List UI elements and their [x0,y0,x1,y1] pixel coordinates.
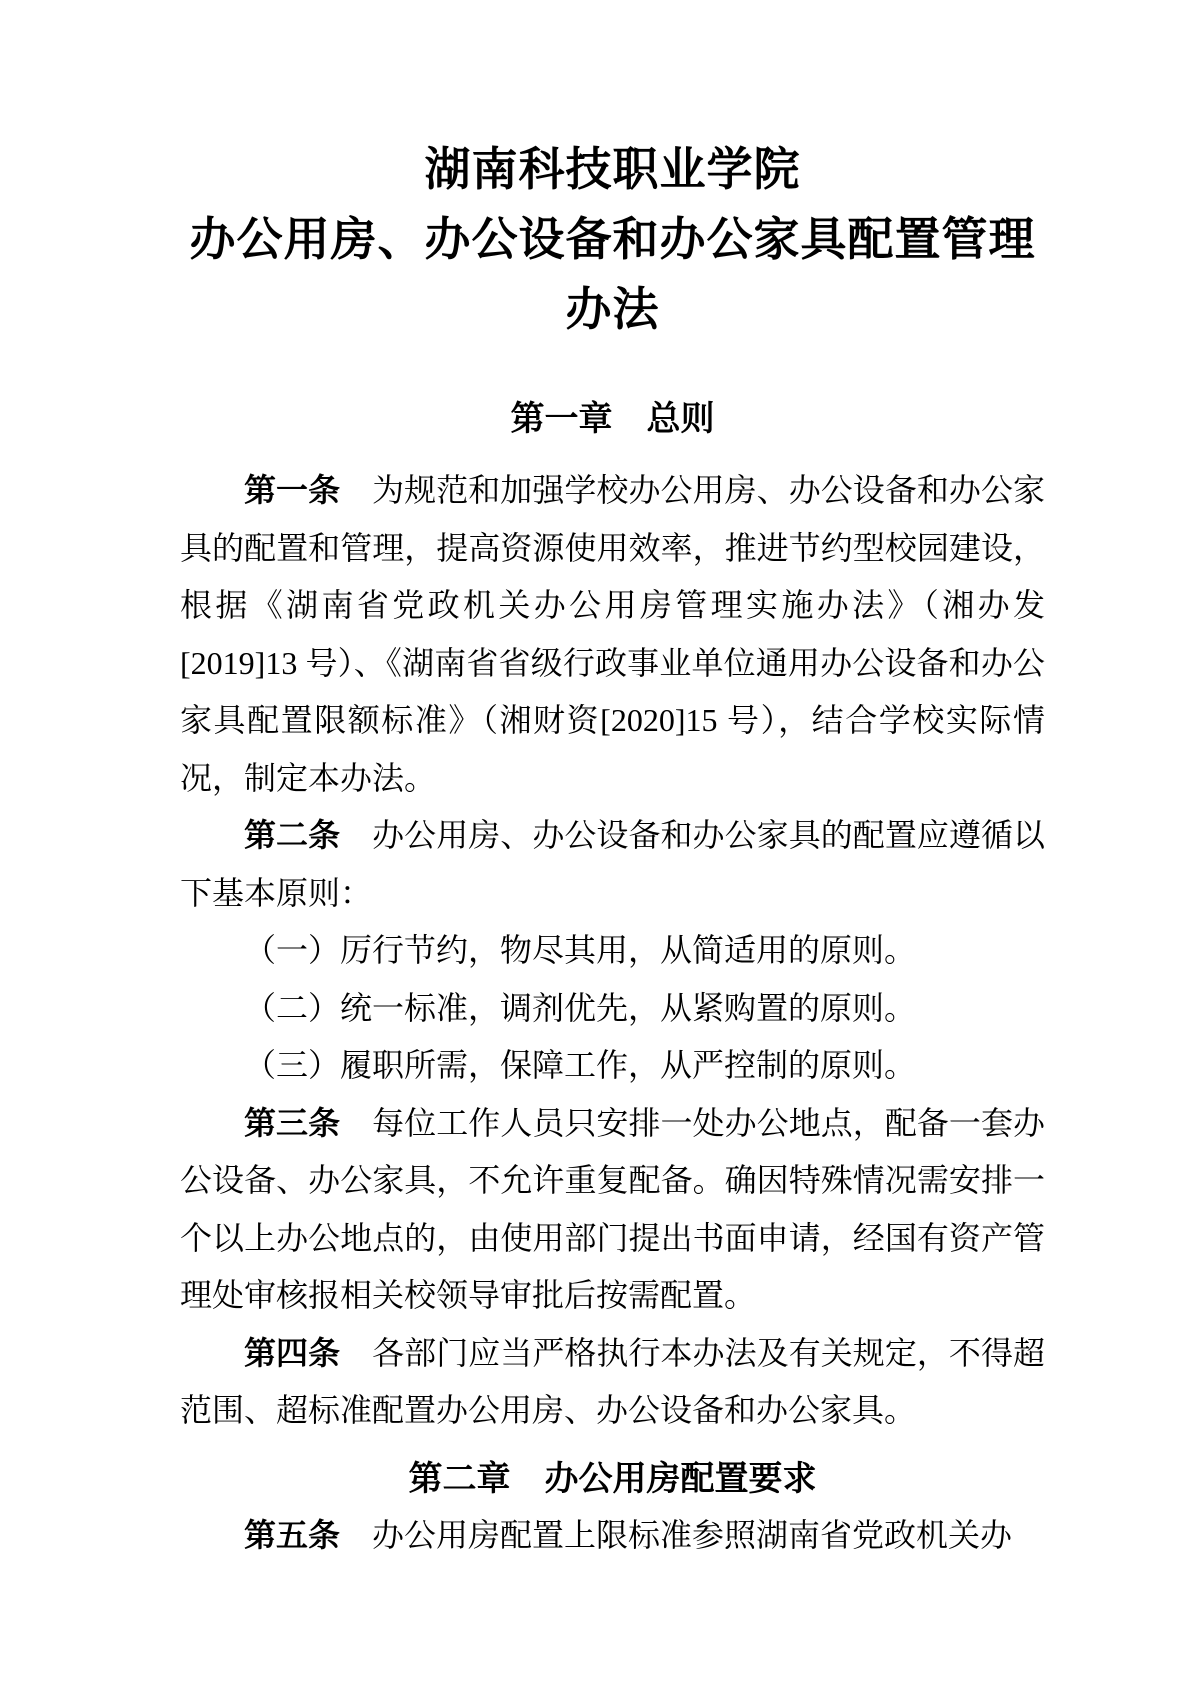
article-3-paragraph: 第三条每位工作人员只安排一处办公地点，配备一套办公设备、办公家具，不允许重复配备… [180,1095,1045,1325]
article-2-paragraph: 第二条办公用房、办公设备和办公家具的配置应遵循以下基本原则： [180,807,1045,922]
article-5-label: 第五条 [244,1517,340,1553]
article-5-paragraph: 第五条办公用房配置上限标准参照湖南省党政机关办 [180,1507,1045,1565]
principle-item-1: （一）厉行节约，物尽其用，从简适用的原则。 [180,922,1045,980]
article-4-label: 第四条 [244,1335,340,1371]
document-title-line-1: 湖南科技职业学院 [180,135,1045,205]
chapter-2-heading: 第二章 办公用房配置要求 [180,1458,1045,1502]
principle-item-3: （三）履职所需，保障工作，从严控制的原则。 [180,1037,1045,1095]
principle-item-2: （二）统一标准，调剂优先，从紧购置的原则。 [180,980,1045,1038]
chapter-1-heading: 第一章 总则 [180,398,1045,442]
article-5-text: 办公用房配置上限标准参照湖南省党政机关办 [372,1517,1012,1553]
article-1-label: 第一条 [244,472,340,508]
article-3-label: 第三条 [244,1105,340,1141]
document-title-line-2: 办公用房、办公设备和办公家具配置管理办法 [180,205,1045,345]
article-2-label: 第二条 [244,817,340,853]
document-title: 湖南科技职业学院 办公用房、办公设备和办公家具配置管理办法 [180,135,1045,345]
article-1-text: 为规范和加强学校办公用房、办公设备和办公家具的配置和管理，提高资源使用效率，推进… [180,472,1045,796]
document-page: 湖南科技职业学院 办公用房、办公设备和办公家具配置管理办法 第一章 总则 第一条… [0,0,1191,1684]
article-1-paragraph: 第一条为规范和加强学校办公用房、办公设备和办公家具的配置和管理，提高资源使用效率… [180,462,1045,807]
article-4-paragraph: 第四条各部门应当严格执行本办法及有关规定，不得超范围、超标准配置办公用房、办公设… [180,1325,1045,1440]
